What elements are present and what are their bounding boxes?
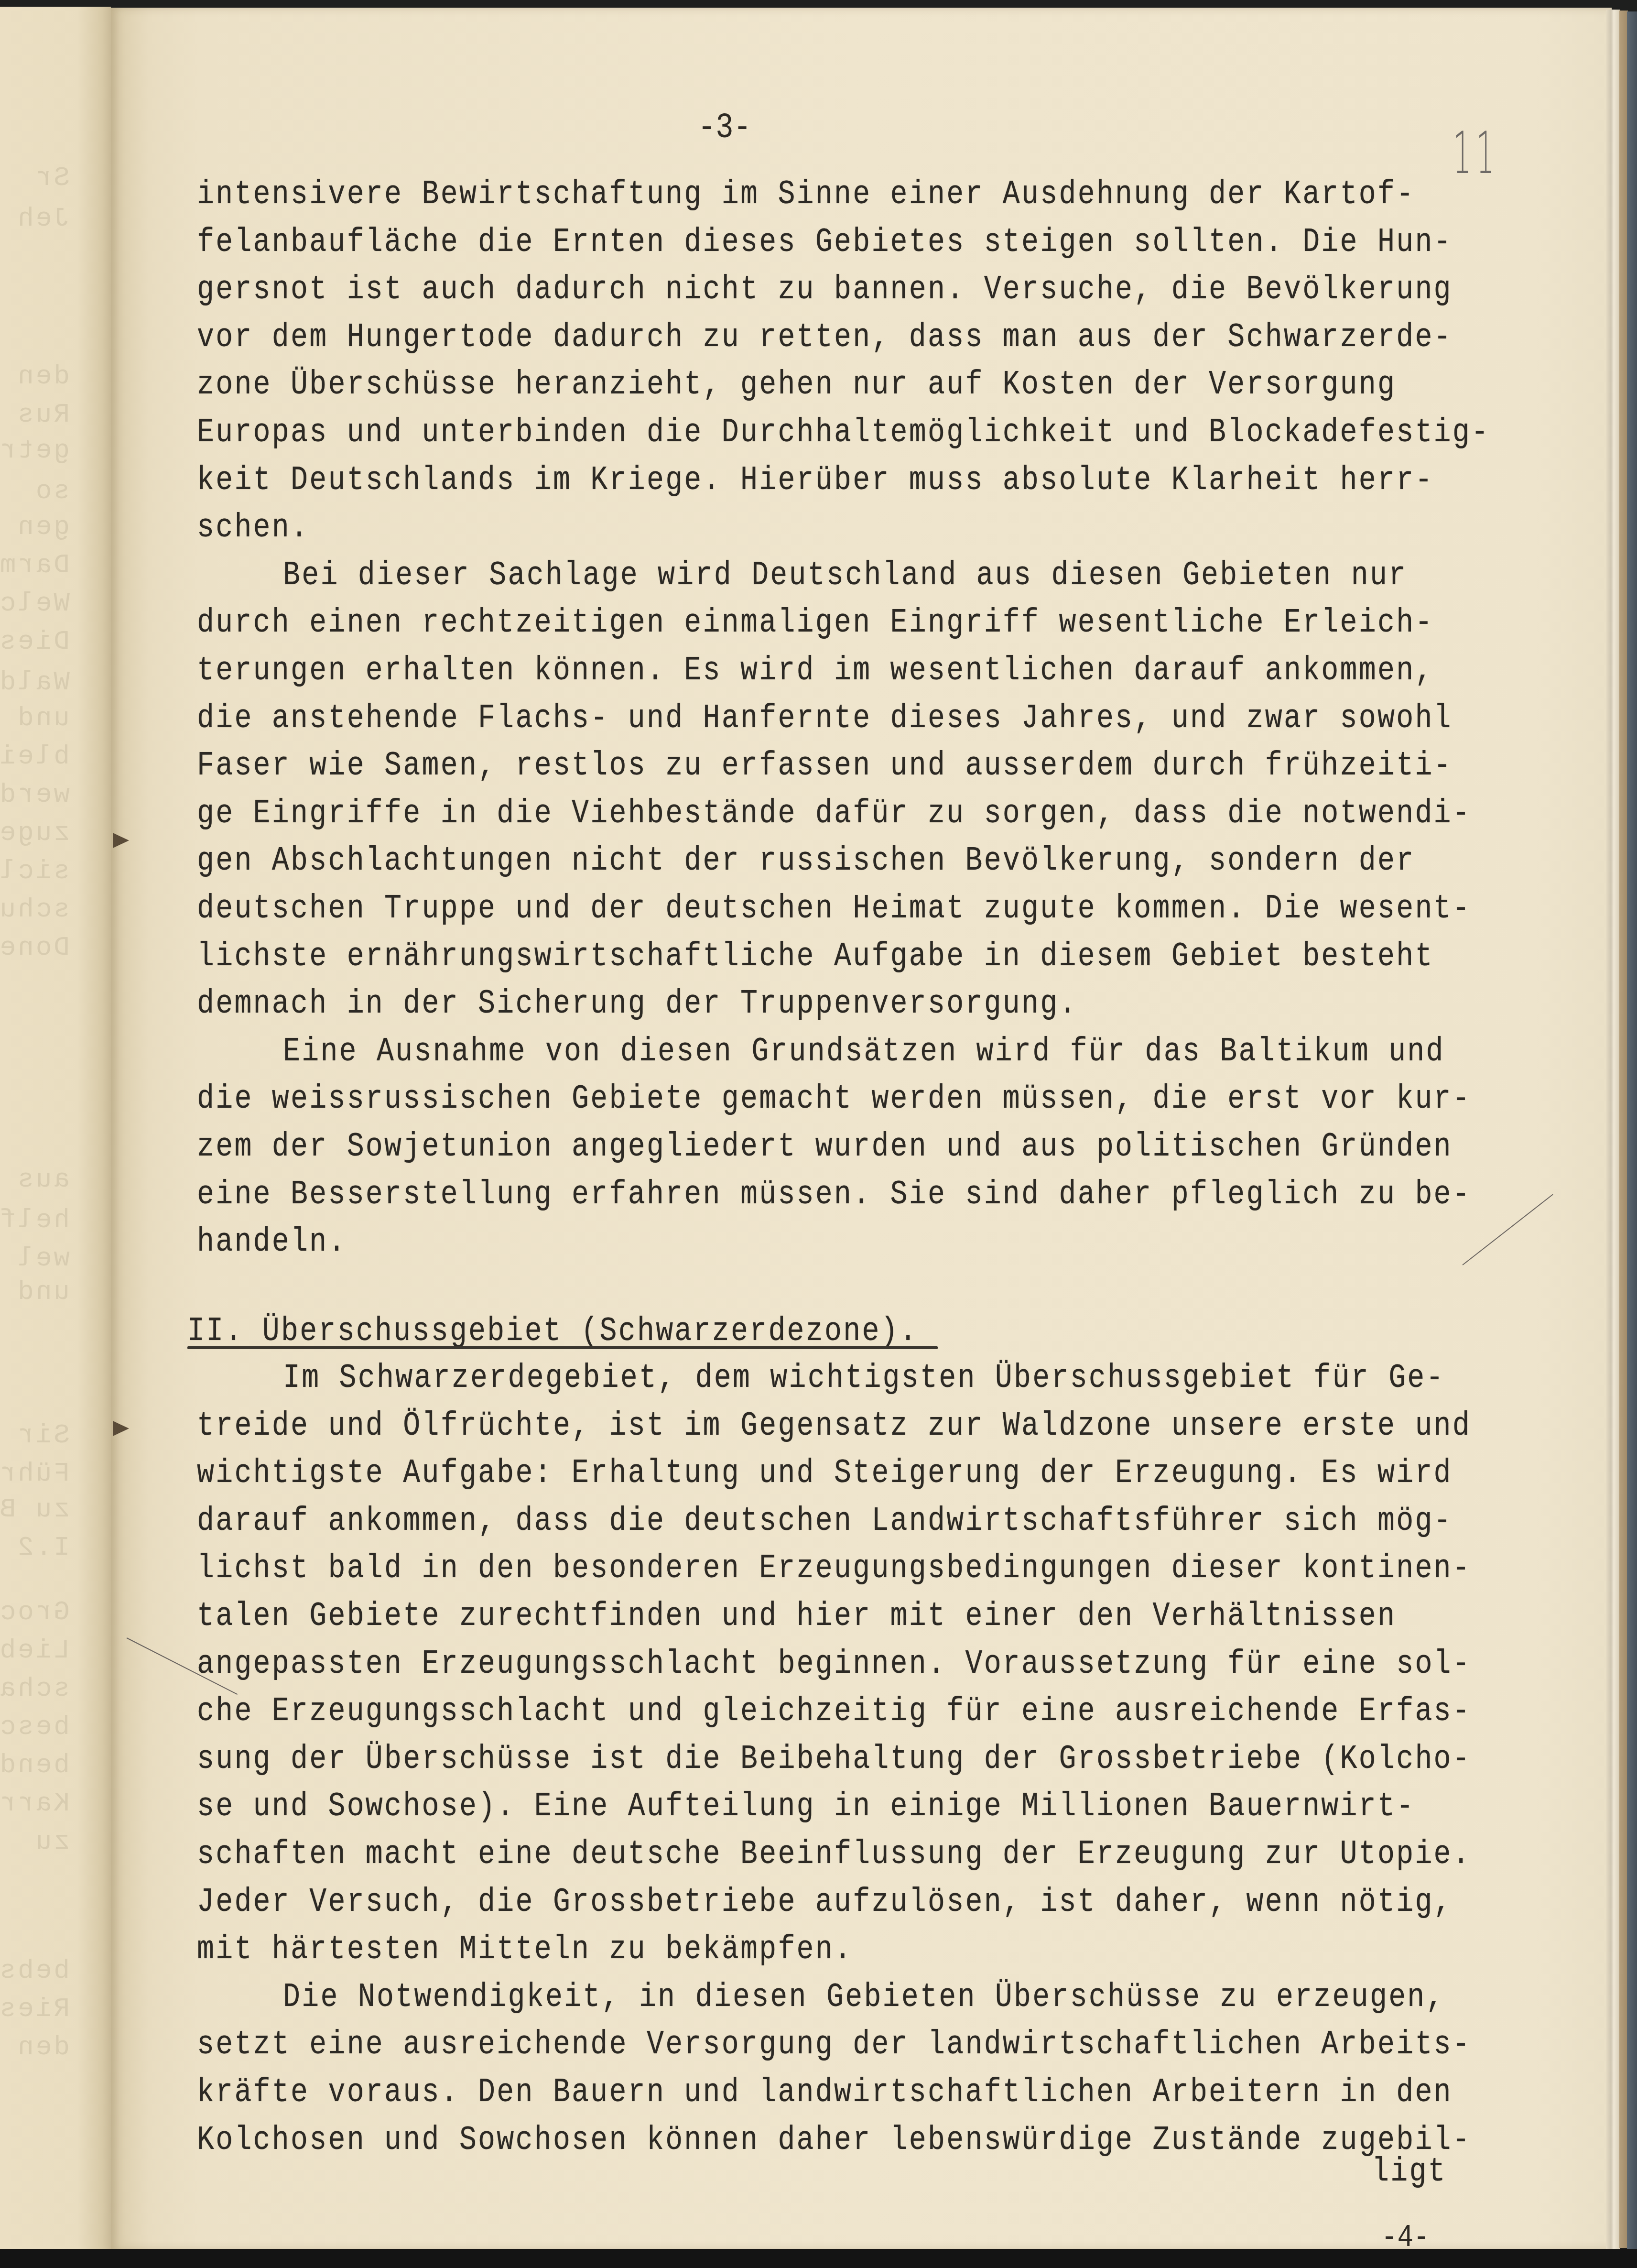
text-line: demnach in der Sicherung der Truppenvers… (197, 987, 1078, 1021)
text-line: felanbaufläche die Ernten dieses Gebiete… (197, 226, 1453, 260)
section-heading-underline (187, 1346, 938, 1349)
ghost-text: Sr (3, 164, 70, 191)
ghost-text: Groc (3, 1599, 70, 1625)
text-line: Faser wie Samen, restlos zu erfassen und… (197, 749, 1453, 783)
text-line: setzt eine ausreichende Versorgung der l… (197, 2028, 1471, 2062)
ghost-text: helf (3, 1207, 70, 1233)
text-line: Kolchosen und Sowchosen können daher leb… (197, 2124, 1471, 2158)
text-line: eine Besserstellung erfahren müssen. Sie… (197, 1178, 1471, 1212)
text-line: die anstehende Flachs- und Hanfernte die… (197, 702, 1453, 736)
ghost-text: bebs (3, 1957, 70, 1984)
scan-background-bottom (0, 2249, 1637, 2268)
text-line: che Erzeugungsschlacht und gleichzeitig … (197, 1695, 1471, 1729)
pencil-arrow-mark-icon (113, 1421, 129, 1436)
continuation-word: ligt (1372, 2155, 1447, 2189)
text-line: durch einen rechtzeitigen einmaligen Ein… (197, 606, 1434, 640)
text-line: schaften macht eine deutsche Beeinflussu… (197, 1838, 1471, 1872)
text-line: lichst bald in den besonderen Erzeugungs… (197, 1552, 1471, 1586)
text-line: Die Notwendigkeit, in diesen Gebieten Üb… (283, 1981, 1445, 2015)
ghost-text: besc (3, 1713, 70, 1740)
text-line: Europas und unterbinden die Durchhaltemö… (197, 416, 1490, 450)
section-heading: II. Überschussgebiet (Schwarzerdezone). (187, 1315, 918, 1349)
ghost-text: Rus (3, 401, 70, 428)
ghost-text: schu (3, 896, 70, 923)
text-line: vor dem Hungertode dadurch zu retten, da… (197, 321, 1453, 355)
text-line: kräfte voraus. Den Bauern und landwirtsc… (197, 2076, 1453, 2110)
text-line: wichtigste Aufgabe: Erhaltung und Steige… (197, 1457, 1453, 1491)
ghost-text: Sir (3, 1422, 70, 1449)
ghost-text: wel (3, 1245, 70, 1272)
ghost-text: werd (3, 781, 70, 808)
text-line: gen Abschlachtungen nicht der russischen… (197, 844, 1415, 878)
text-line: lichste ernährungswirtschaftliche Aufgab… (197, 940, 1434, 974)
pencil-arrow-mark-icon (113, 833, 129, 848)
ghost-text: getr (3, 437, 70, 464)
ghost-text: Darm (3, 552, 70, 578)
ghost-text: Lieb (3, 1637, 70, 1664)
ghost-text: zuge (3, 819, 70, 846)
text-line: terungen erhalten können. Es wird im wes… (197, 654, 1434, 688)
text-line: deutschen Truppe und der deutschen Heima… (197, 892, 1471, 926)
page-number: -3- (698, 108, 751, 148)
text-line: treide und Ölfrüchte, ist im Gegensatz z… (197, 1409, 1471, 1443)
ghost-text: bleib (3, 743, 70, 770)
text-line: zone Überschüsse heranzieht, gehen nur a… (197, 368, 1396, 402)
text-line: darauf ankommen, dass die deutschen Land… (197, 1505, 1453, 1538)
text-line: Bei dieser Sachlage wird Deutschland aus… (283, 559, 1407, 593)
text-line: ge Eingriffe in die Viehbestände dafür z… (197, 797, 1471, 831)
ghost-text: und (3, 705, 70, 731)
text-line: Eine Ausnahme von diesen Grundsätzen wir… (283, 1035, 1445, 1069)
text-line: intensivere Bewirtschaftung im Sinne ein… (197, 178, 1415, 212)
ghost-text: aus (3, 1166, 70, 1193)
ghost-text: zu (3, 1828, 70, 1855)
text-line: gersnot ist auch dadurch nicht zu bannen… (197, 273, 1453, 307)
handwritten-folio-number: 11 (1453, 120, 1499, 187)
text-line: keit Deutschlands im Kriege. Hierüber mu… (197, 464, 1434, 498)
text-line: Jeder Versuch, die Grossbetriebe aufzulö… (197, 1886, 1453, 1919)
ghost-text: Done (3, 934, 70, 961)
ghost-text: I.2 (3, 1534, 70, 1561)
text-line: zem der Sowjetunion angegliedert wurden … (197, 1130, 1453, 1164)
text-line: handeln. (197, 1225, 347, 1259)
text-line: sung der Überschüsse ist die Beibehaltun… (197, 1743, 1471, 1777)
ghost-text: sicl (3, 858, 70, 884)
text-line: Im Schwarzerdegebiet, dem wichtigsten Üb… (283, 1362, 1445, 1396)
ghost-text: Dies (3, 628, 70, 655)
text-line: schen. (197, 511, 309, 545)
ghost-text: Welc (3, 590, 70, 617)
ghost-text: scha (3, 1675, 70, 1702)
facing-page-strip: Sr Jeh den Rus getr so gen Darm Welc Die… (0, 7, 111, 2254)
ghost-text: Jeh (3, 205, 70, 232)
ghost-text: gen (3, 513, 70, 540)
ghost-text: Ries (3, 1995, 70, 2022)
page-edge-stack (1606, 10, 1620, 2249)
ghost-text: Karr (3, 1790, 70, 1817)
ghost-text: zu B (3, 1496, 70, 1523)
binding-edge (1627, 11, 1637, 2249)
ghost-text: Wald (3, 669, 70, 696)
text-line: mit härtesten Mitteln zu bekämpfen. (197, 1933, 853, 1967)
text-line: die weissrussischen Gebiete gemacht werd… (197, 1082, 1471, 1116)
text-line: angepassten Erzeugungsschlacht beginnen.… (197, 1647, 1471, 1681)
text-line: se und Sowchose). Eine Aufteilung in ein… (197, 1790, 1415, 1824)
ghost-text: und (3, 1278, 70, 1305)
text-line: talen Gebiete zurechtfinden und hier mit… (197, 1600, 1396, 1634)
ghost-text: den (3, 363, 70, 390)
ghost-text: Führ (3, 1460, 70, 1487)
ghost-text: den (3, 2034, 70, 2061)
ghost-text: bend (3, 1752, 70, 1778)
ghost-text: so (3, 478, 70, 504)
